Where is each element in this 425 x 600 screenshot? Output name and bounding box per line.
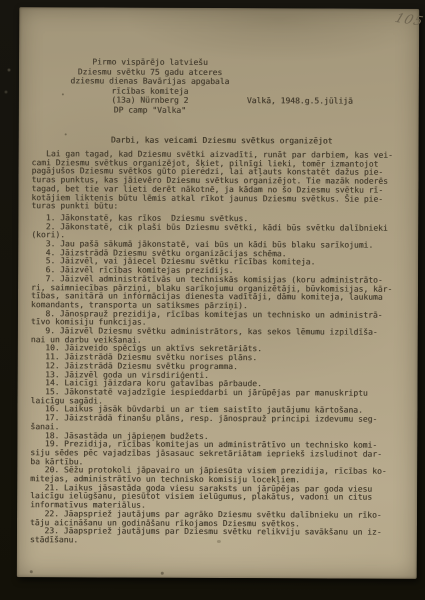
scan-background: 105 Pirmo vispārējo latviešuDziesmu svēt… <box>0 0 425 600</box>
document-body: Lai gan tagad, kad Dziesmu svētki aizvad… <box>30 150 416 546</box>
paper-speck <box>65 133 67 135</box>
text-line: siju sēdes pēc vajadzības jāsasauc sekre… <box>30 449 414 459</box>
paper-speck <box>217 540 221 543</box>
text-line: 23. Jāapspriež jautājums par Dziesmu svē… <box>30 527 414 537</box>
text-line: dziesmu dienas Bavārijas apgabala <box>50 76 250 86</box>
handwritten-page-number: 105 <box>393 11 425 29</box>
text-line: stādīšanu. <box>30 536 414 546</box>
paper-speck <box>161 572 164 575</box>
letterhead: Pirmo vispārējo latviešuDziesmu svētku 7… <box>50 57 250 115</box>
dateline: Valkā, 1948.g.5.jūlijā <box>247 96 353 105</box>
text-line: DP camp "Valka" <box>50 105 250 115</box>
document-page: 105 Pirmo vispārējo latviešuDziesmu svēt… <box>17 7 419 579</box>
paper-speck <box>62 93 64 95</box>
text-line: turas punkti būtu: <box>31 202 415 212</box>
text-line: 17. Jāizstrādā finanšu plāns, resp. jāno… <box>30 414 414 424</box>
paper-speck <box>30 570 33 573</box>
document-title: Darbi, kas veicami Dziesmu svētkus organ… <box>32 135 412 146</box>
